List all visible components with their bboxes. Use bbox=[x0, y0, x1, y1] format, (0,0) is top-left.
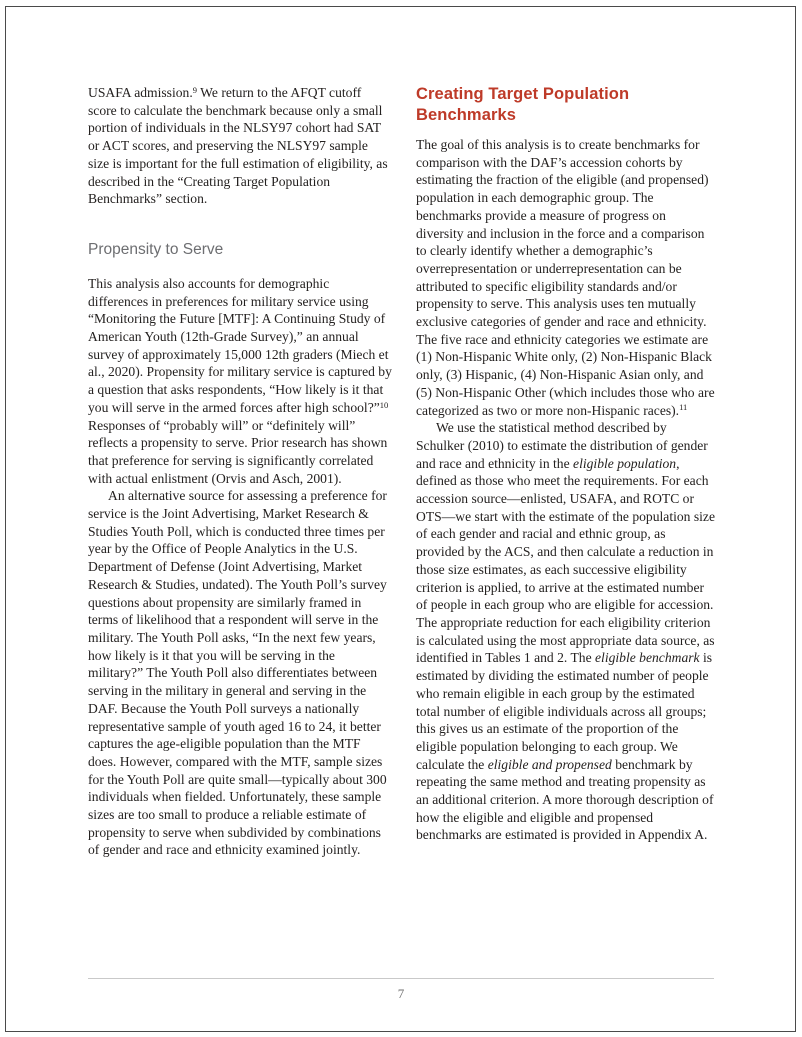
paragraph-intro-continuation: USAFA admission.9 We return to the AFQT … bbox=[88, 84, 392, 208]
paragraph: We use the statistical method described … bbox=[416, 419, 716, 844]
section-heading-creating-target-population-benchmarks: Creating Target Population Benchmarks bbox=[416, 84, 716, 125]
section-subheading-propensity-to-serve: Propensity to Serve bbox=[88, 240, 392, 259]
paragraph: An alternative source for assessing a pr… bbox=[88, 487, 392, 859]
paragraph: This analysis also accounts for demograp… bbox=[88, 275, 392, 487]
left-column: USAFA admission.9 We return to the AFQT … bbox=[88, 84, 392, 859]
paragraph: The goal of this analysis is to create b… bbox=[416, 136, 716, 419]
right-column: Creating Target Population Benchmarks Th… bbox=[416, 84, 716, 844]
page-number: 7 bbox=[0, 986, 802, 1002]
footer-divider bbox=[88, 978, 714, 979]
